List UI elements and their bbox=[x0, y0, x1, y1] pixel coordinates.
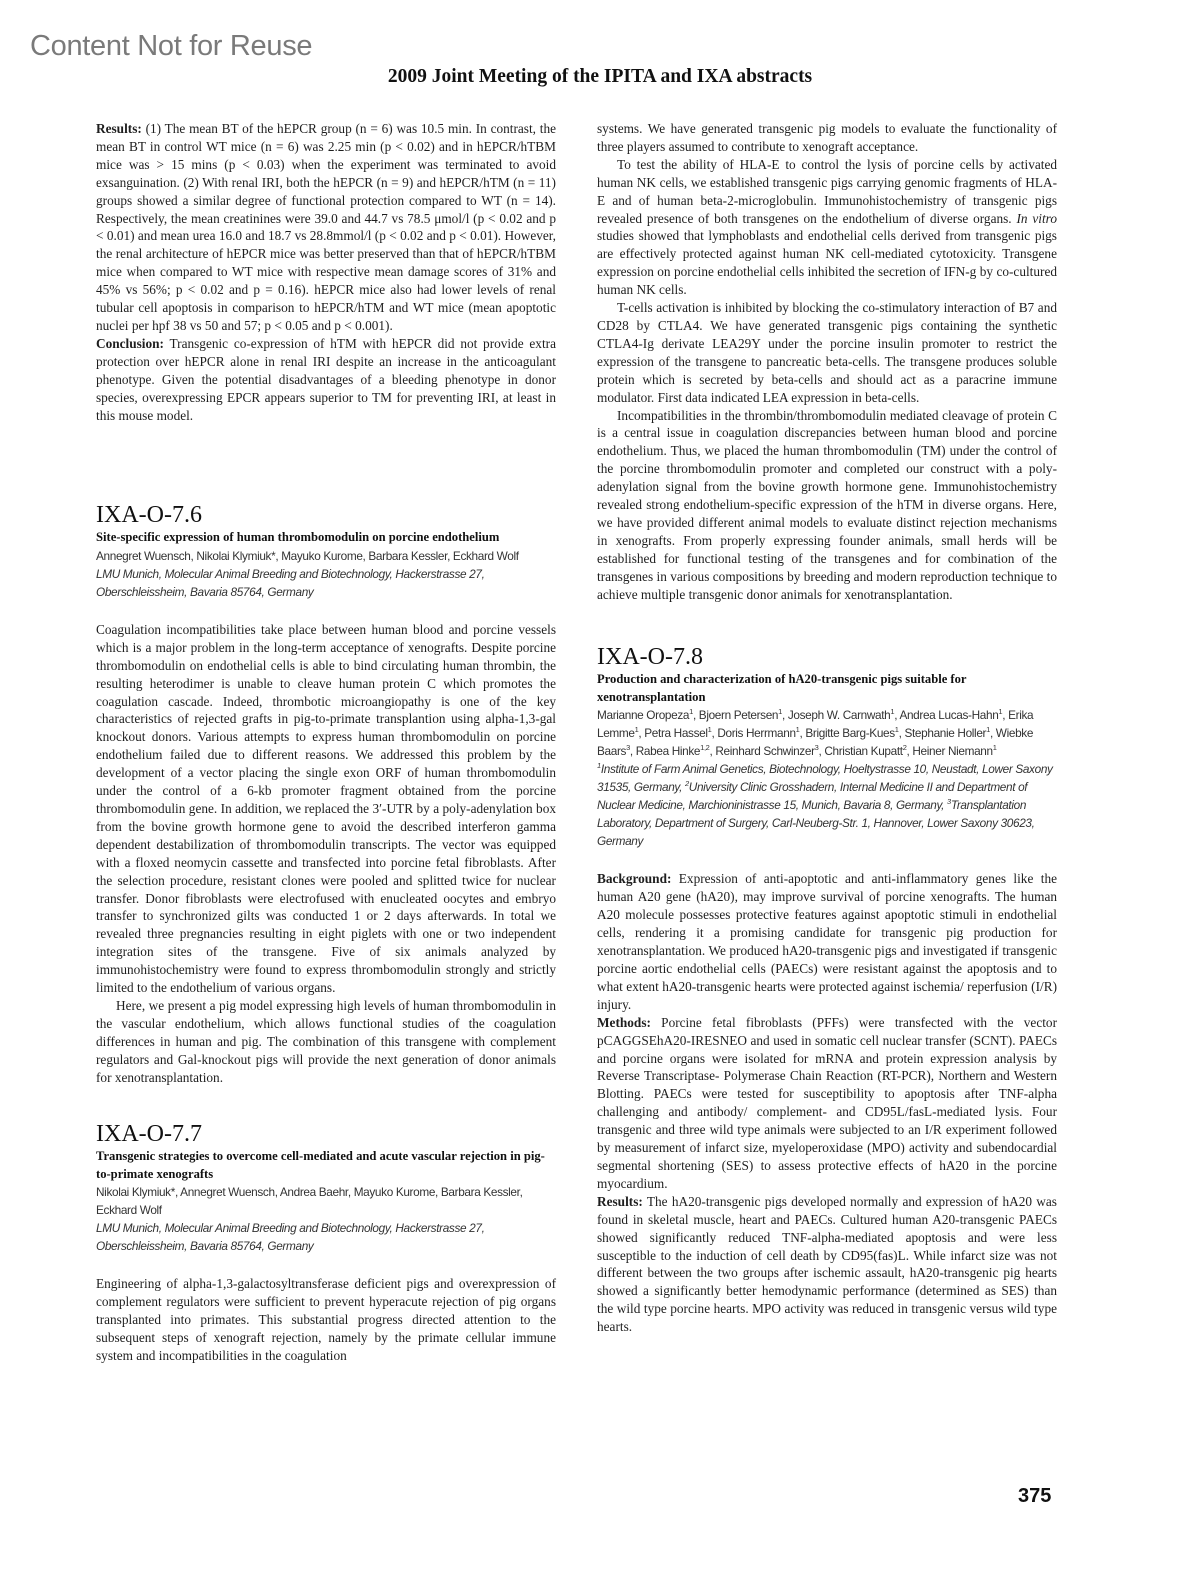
author-name: Heiner Niemann bbox=[912, 744, 992, 758]
methods-paragraph: Methods: Porcine fetal fibroblasts (PFFs… bbox=[597, 1014, 1057, 1193]
author-name: Petra Hassel bbox=[644, 726, 707, 740]
conclusion-label: Conclusion: bbox=[96, 336, 164, 351]
abstract-body-paragraph: To test the ability of HLA-E to control … bbox=[597, 156, 1057, 299]
abstract-body-paragraph: Incompatibilities in the thrombin/thromb… bbox=[597, 407, 1057, 604]
abstract-id: IXA-O-7.7 bbox=[96, 1120, 556, 1148]
affiliation-marker: 2 bbox=[903, 744, 907, 753]
abstract-authors: Annegret Wuensch, Nikolai Klymiuk*, Mayu… bbox=[96, 547, 556, 565]
abstract-ixa-o-7-7-continued: systems. We have generated transgenic pi… bbox=[597, 120, 1057, 603]
methods-label: Methods: bbox=[597, 1015, 651, 1030]
abstract-title: Transgenic strategies to overcome cell-m… bbox=[96, 1148, 556, 1183]
author-name: Stephanie Holler bbox=[904, 726, 986, 740]
results-label: Results: bbox=[597, 1194, 643, 1209]
author-name: Bjoern Petersen bbox=[699, 708, 778, 722]
abstract-body-paragraph: Here, we present a pig model expressing … bbox=[96, 997, 556, 1087]
abstract-affiliation: LMU Munich, Molecular Animal Breeding an… bbox=[96, 1219, 556, 1255]
page-number: 375 bbox=[1018, 1485, 1051, 1508]
abstract-ixa-o-7-6: IXA-O-7.6 Site-specific expression of hu… bbox=[96, 501, 556, 1086]
author-name: Reinhard Schwinzer bbox=[715, 744, 814, 758]
abstract-body-paragraph: systems. We have generated transgenic pi… bbox=[597, 120, 1057, 156]
affiliation-marker: 3 bbox=[815, 744, 819, 753]
background-paragraph: Background: Expression of anti-apoptotic… bbox=[597, 870, 1057, 1013]
author-name: Joseph W. Carnwath bbox=[788, 708, 891, 722]
affiliation-marker: 1 bbox=[635, 726, 639, 735]
abstract-affiliation: LMU Munich, Molecular Animal Breeding an… bbox=[96, 565, 556, 601]
abstract-title: Site-specific expression of human thromb… bbox=[96, 529, 556, 547]
author-name: Brigitte Barg-Kues bbox=[805, 726, 894, 740]
affiliation-marker: 1,2 bbox=[700, 744, 709, 753]
results-label: Results: bbox=[96, 121, 142, 136]
watermark: Content Not for Reuse bbox=[30, 30, 312, 63]
left-column: Results: (1) The mean BT of the hEPCR gr… bbox=[96, 120, 556, 1365]
abstract-id: IXA-O-7.6 bbox=[96, 501, 556, 529]
abstract-ixa-o-7-8: IXA-O-7.8 Production and characterizatio… bbox=[597, 643, 1057, 1336]
affiliation-marker: 1 bbox=[993, 744, 997, 753]
affiliation-marker: 1 bbox=[895, 726, 899, 735]
author-name: Christian Kupatt bbox=[824, 744, 902, 758]
author-name: Andrea Lucas-Hahn bbox=[899, 708, 998, 722]
affiliation-marker: 1 bbox=[998, 708, 1002, 717]
previous-abstract-continuation: Results: (1) The mean BT of the hEPCR gr… bbox=[96, 120, 556, 424]
background-label: Background: bbox=[597, 871, 671, 886]
abstract-body-paragraph: Engineering of alpha-1,3-galactosyltrans… bbox=[96, 1275, 556, 1365]
author-name: Doris Herrmann bbox=[717, 726, 795, 740]
author-name: Rabea Hinke bbox=[636, 744, 700, 758]
running-head: 2009 Joint Meeting of the IPITA and IXA … bbox=[0, 66, 1200, 88]
results-paragraph: Results: (1) The mean BT of the hEPCR gr… bbox=[96, 120, 556, 335]
abstract-id: IXA-O-7.8 bbox=[597, 643, 1057, 671]
conclusion-paragraph: Conclusion: Transgenic co-expression of … bbox=[96, 335, 556, 425]
affiliation-marker: 3 bbox=[626, 744, 630, 753]
abstract-authors: Marianne Oropeza1, Bjoern Petersen1, Jos… bbox=[597, 706, 1057, 760]
affiliation-marker: 1 bbox=[986, 726, 990, 735]
abstract-authors: Nikolai Klymiuk*, Annegret Wuensch, Andr… bbox=[96, 1183, 556, 1219]
abstract-ixa-o-7-7: IXA-O-7.7 Transgenic strategies to overc… bbox=[96, 1120, 556, 1365]
affiliation-marker: 1 bbox=[708, 726, 712, 735]
author-name: Marianne Oropeza bbox=[597, 708, 689, 722]
abstract-affiliation: 1Institute of Farm Animal Genetics, Biot… bbox=[597, 760, 1057, 850]
abstract-body-paragraph: Coagulation incompatibilities take place… bbox=[96, 621, 556, 997]
results-paragraph: Results: The hA20-transgenic pigs develo… bbox=[597, 1193, 1057, 1336]
abstract-title: Production and characterization of hA20-… bbox=[597, 671, 1057, 706]
affiliation-marker: 1 bbox=[796, 726, 800, 735]
affiliation-marker: 1 bbox=[890, 708, 894, 717]
right-column: systems. We have generated transgenic pi… bbox=[597, 120, 1057, 1336]
affiliation-marker: 1 bbox=[778, 708, 782, 717]
affiliation-marker: 1 bbox=[689, 708, 693, 717]
abstract-body-paragraph: T-cells activation is inhibited by block… bbox=[597, 299, 1057, 406]
